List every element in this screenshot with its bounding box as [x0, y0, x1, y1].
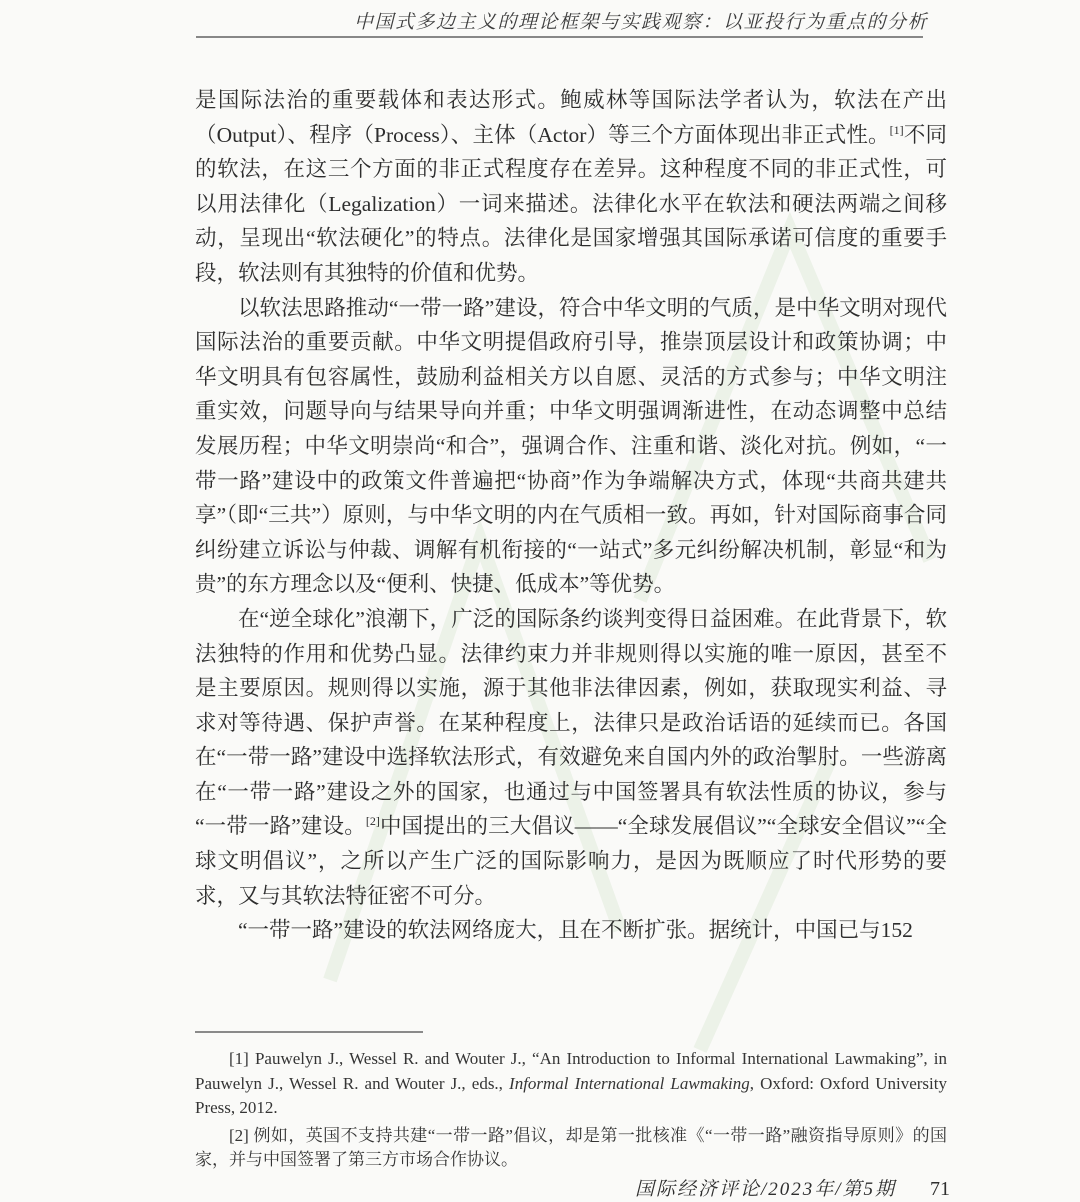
text-segment: 以软法思路推动“一带一路”建设，符合中华文明的气质，是中华文明对现代国际法治的重…: [195, 296, 947, 597]
page-number: 71: [930, 1178, 950, 1201]
footnote-marker: [2]: [366, 814, 380, 828]
footnote-list: [1] Pauwelyn J., Wessel R. and Wouter J.…: [195, 1047, 947, 1173]
body-text: 是国际法治的重要载体和表达形式。鲍威林等国际法学者认为，软法在产出（Output…: [195, 83, 947, 948]
footnote-marker: [1]: [890, 122, 904, 136]
running-head-title: 中国式多边主义的理论框架与实践观察：以亚投行为重点的分析: [195, 7, 928, 34]
document-page: 中国式多边主义的理论框架与实践观察：以亚投行为重点的分析 是国际法治的重要载体和…: [0, 0, 1080, 1202]
header-rule: [196, 36, 923, 38]
text-segment: Informal International Lawmaking: [509, 1074, 750, 1093]
text-segment: “一带一路”建设的软法网络庞大，且在不断扩张。据统计，中国已与152: [238, 918, 913, 942]
body-paragraph: 在“逆全球化”浪潮下，广泛的国际条约谈判变得日益困难。在此背景下，软法独特的作用…: [195, 602, 947, 913]
footnote-separator-rule: [195, 1031, 423, 1033]
text-segment: 是国际法治的重要载体和表达形式。鲍威林等国际法学者认为，软法在产出（Output…: [195, 88, 947, 147]
footnote: [2] 例如，英国不支持共建“一带一路”倡议，却是第一批核准《“一带一路”融资指…: [195, 1124, 947, 1173]
journal-name: 国际经济评论/2023年/第5期: [635, 1179, 896, 1200]
body-paragraph: “一带一路”建设的软法网络庞大，且在不断扩张。据统计，中国已与152: [195, 913, 947, 948]
page-footer: 国际经济评论/2023年/第5期 71: [195, 1174, 950, 1201]
footnotes-section: [1] Pauwelyn J., Wessel R. and Wouter J.…: [195, 1031, 947, 1176]
text-segment: 在“逆全球化”浪潮下，广泛的国际条约谈判变得日益困难。在此背景下，软法独特的作用…: [195, 607, 947, 839]
body-paragraph: 是国际法治的重要载体和表达形式。鲍威林等国际法学者认为，软法在产出（Output…: [195, 83, 947, 291]
body-paragraph: 以软法思路推动“一带一路”建设，符合中华文明的气质，是中华文明对现代国际法治的重…: [195, 291, 947, 602]
footnote: [1] Pauwelyn J., Wessel R. and Wouter J.…: [195, 1047, 947, 1121]
text-segment: [2] 例如，英国不支持共建“一带一路”倡议，却是第一批核准《“一带一路”融资指…: [195, 1126, 947, 1170]
